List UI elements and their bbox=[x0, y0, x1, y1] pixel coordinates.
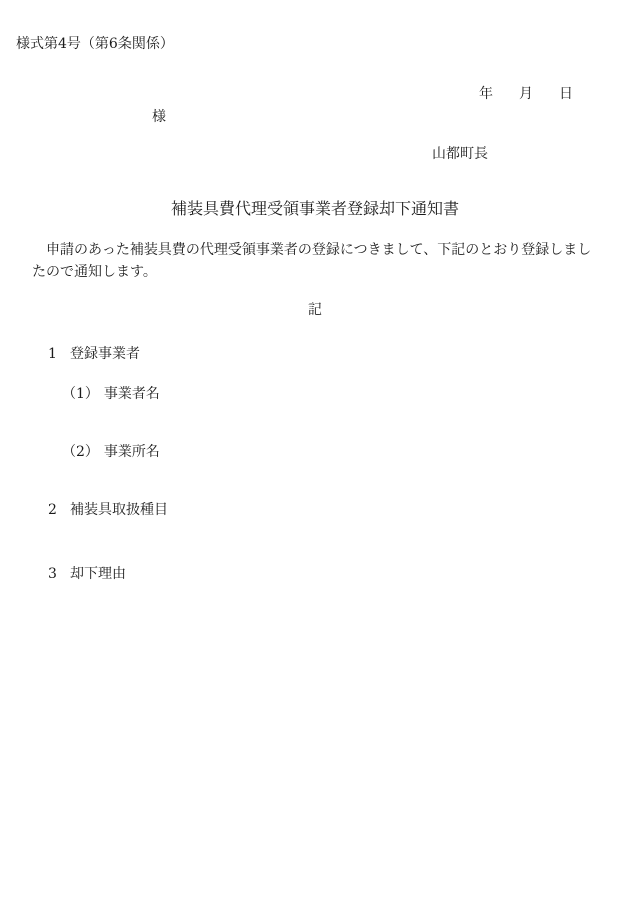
body-line-1: 申請のあった補装具費の代理受領事業者の登録につきまして、下記のとおり登録しまし bbox=[32, 239, 602, 261]
sub-item-office-name: （2）事業所名 bbox=[62, 442, 160, 462]
addressee-honorific: 様 bbox=[152, 107, 166, 127]
list-item-label: 却下理由 bbox=[70, 566, 126, 582]
date-line: 年 月 日 bbox=[479, 84, 573, 104]
list-item-number: 1 bbox=[48, 344, 70, 364]
date-month-label: 月 bbox=[519, 84, 533, 104]
record-marker: 記 bbox=[0, 300, 630, 320]
body-paragraph: 申請のあった補装具費の代理受領事業者の登録につきまして、下記のとおり登録しまし … bbox=[32, 239, 602, 283]
sub-item-number: （2） bbox=[62, 444, 99, 460]
list-item-number: 2 bbox=[48, 500, 70, 520]
sender-name: 山都町長 bbox=[432, 144, 488, 164]
list-item-label: 登録事業者 bbox=[70, 346, 140, 362]
document-page: 様式第4号（第6条関係） 年 月 日 様 山都町長 補装具費代理受領事業者登録却… bbox=[0, 0, 630, 903]
list-item-rejection-reason: 3却下理由 bbox=[48, 564, 126, 584]
list-item-handled-categories: 2補装具取扱種目 bbox=[48, 500, 168, 520]
list-item-label: 補装具取扱種目 bbox=[70, 502, 168, 518]
list-item-registered-operator: 1登録事業者 bbox=[48, 344, 140, 364]
body-line-2: たので通知します。 bbox=[32, 261, 602, 283]
sub-item-number: （1） bbox=[62, 386, 99, 402]
sub-item-operator-name: （1）事業者名 bbox=[62, 384, 160, 404]
sub-item-label: 事業者名 bbox=[104, 386, 160, 402]
date-year-label: 年 bbox=[479, 84, 493, 104]
date-day-label: 日 bbox=[559, 84, 573, 104]
sub-item-label: 事業所名 bbox=[104, 444, 160, 460]
list-item-number: 3 bbox=[48, 564, 70, 584]
document-title: 補装具費代理受領事業者登録却下通知書 bbox=[0, 198, 630, 220]
form-number: 様式第4号（第6条関係） bbox=[16, 34, 174, 54]
